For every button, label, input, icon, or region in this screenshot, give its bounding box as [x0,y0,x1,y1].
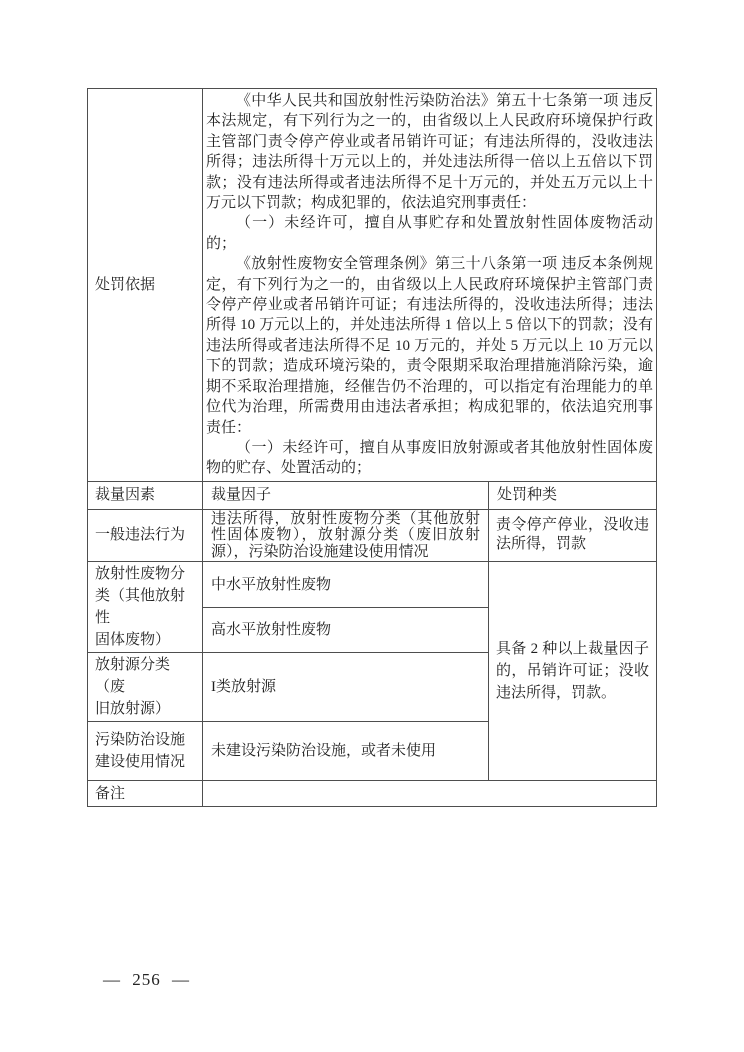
combined-penalty: 具备 2 种以上裁量因子的，吊销许可证；没收违法所得，罚款。 [489,562,657,781]
penalty-basis-label: 处罚依据 [88,89,203,482]
row-header: 裁量因素 裁量因子 处罚种类 [88,481,657,509]
pollution-facility-label: 污染防治设施 建设使用情况 [88,722,203,781]
remark-label: 备注 [88,781,203,807]
general-violation-factors: 违法所得，放射性废物分类（其他放射性固体废物），放射源分类（废旧放射源），污染防… [203,509,489,562]
document-page: 处罚依据 《中华人民共和国放射性污染防治法》第五十七条第一项 违反本法规定，有下… [0,0,744,1052]
row-penalty-basis: 处罚依据 《中华人民共和国放射性污染防治法》第五十七条第一项 违反本法规定，有下… [88,89,657,482]
legal-paragraph-law2-item1: （一）未经许可，擅自从事废旧放射源或者其他放射性固体废物的贮存、处置活动的； [206,438,653,479]
header-penalty-type: 处罚种类 [489,481,657,509]
header-discretion-subfactor: 裁量因子 [203,481,489,509]
general-violation-penalty: 责令停产停业，没收违法所得，罚款 [489,509,657,562]
row-general-violation: 一般违法行为 违法所得，放射性废物分类（其他放射性固体废物），放射源分类（废旧放… [88,509,657,562]
source-classification-label: 放射源分类（废 旧放射源） [88,653,203,722]
penalty-basis-content: 《中华人民共和国放射性污染防治法》第五十七条第一项 违反本法规定，有下列行为之一… [203,89,657,482]
legal-paragraph-law1-item1: （一）未经许可，擅自从事贮存和处置放射性固体废物活动的； [206,213,653,254]
waste-classification-label: 放射性废物分 类（其他放射性 固体废物） [88,562,203,653]
legal-paragraph-law1: 《中华人民共和国放射性污染防治法》第五十七条第一项 违反本法规定，有下列行为之一… [206,91,653,213]
pollution-facility-value: 未建设污染防治设施，或者未使用 [203,722,489,781]
remark-value [203,781,657,807]
header-discretion-factor: 裁量因素 [88,481,203,509]
row-waste-level-medium: 放射性废物分 类（其他放射性 固体废物） 中水平放射性废物 具备 2 种以上裁量… [88,562,657,608]
waste-level-medium: 中水平放射性废物 [203,562,489,608]
legal-paragraph-law2: 《放射性废物安全管理条例》第三十八条第一项 违反本条例规定，有下列行为之一的，由… [206,254,653,438]
waste-level-high: 高水平放射性废物 [203,608,489,653]
source-classification-value: I类放射源 [203,653,489,722]
penalty-discretion-table: 处罚依据 《中华人民共和国放射性污染防治法》第五十七条第一项 违反本法规定，有下… [87,88,657,807]
row-remark: 备注 [88,781,657,807]
general-violation-label: 一般违法行为 [88,509,203,562]
page-number: — 256 — [103,970,190,990]
